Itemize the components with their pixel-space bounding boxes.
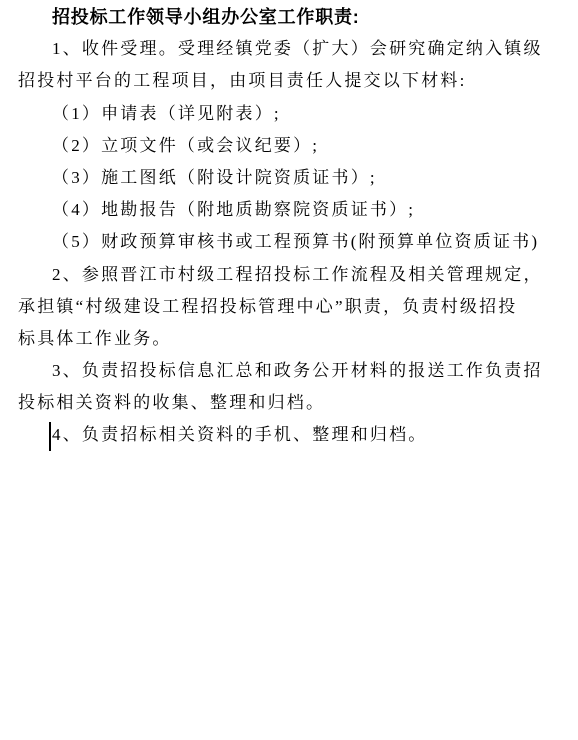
text-line[interactable]: 投标相关资料的收集、整理和归档。 (18, 387, 552, 419)
text-cursor (49, 422, 51, 451)
line-text: （3）施工图纸（附设计院资质证书）; (52, 168, 377, 187)
text-line[interactable]: 招投村平台的工程项目，由项目责任人提交以下材料: (18, 65, 552, 97)
line-text: （5）财政预算审核书或工程预算书(附预算单位资质证书) (52, 232, 539, 251)
line-text: 招投村平台的工程项目，由项目责任人提交以下材料: (18, 71, 467, 90)
text-line[interactable]: 标具体工作业务。 (18, 323, 552, 355)
line-text: 3、负责招投标信息汇总和政务公开材料的报送工作负责招 (52, 361, 543, 380)
title-text: 招投标工作领导小组办公室工作职责: (52, 7, 360, 27)
text-line[interactable]: 承担镇“村级建设工程招投标管理中心”职责，负责村级招投 (18, 291, 552, 323)
line-text: （4）地勘报告（附地质勘察院资质证书）; (52, 200, 415, 219)
text-line[interactable]: （5）财政预算审核书或工程预算书(附预算单位资质证书) (18, 226, 552, 258)
line-text: 4、负责招标相关资料的手机、整理和归档。 (52, 425, 428, 444)
line-text: （2）立项文件（或会议纪要）; (52, 136, 319, 155)
line-text: 承担镇“村级建设工程招投标管理中心”职责，负责村级招投 (18, 297, 518, 316)
text-line[interactable]: （4）地勘报告（附地质勘察院资质证书）; (18, 194, 552, 226)
text-line[interactable]: 2、参照晋江市村级工程招投标工作流程及相关管理规定， (18, 259, 552, 291)
document-title[interactable]: 招投标工作领导小组办公室工作职责: (18, 1, 552, 33)
document-body[interactable]: 招投标工作领导小组办公室工作职责:1、收件受理。受理经镇党委（扩大）会研究确定纳… (0, 0, 578, 452)
line-text: 1、收件受理。受理经镇党委（扩大）会研究确定纳入镇级 (52, 39, 543, 58)
text-line[interactable]: 1、收件受理。受理经镇党委（扩大）会研究确定纳入镇级 (18, 33, 552, 65)
text-line[interactable]: 4、负责招标相关资料的手机、整理和归档。 (18, 419, 552, 451)
line-text: 投标相关资料的收集、整理和归档。 (18, 393, 325, 412)
text-line[interactable]: （2）立项文件（或会议纪要）; (18, 130, 552, 162)
text-line[interactable]: （3）施工图纸（附设计院资质证书）; (18, 162, 552, 194)
text-line[interactable]: 3、负责招投标信息汇总和政务公开材料的报送工作负责招 (18, 355, 552, 387)
document-page: 招投标工作领导小组办公室工作职责:1、收件受理。受理经镇党委（扩大）会研究确定纳… (0, 0, 578, 740)
line-text: 2、参照晋江市村级工程招投标工作流程及相关管理规定， (52, 265, 543, 284)
line-text: 标具体工作业务。 (18, 329, 172, 348)
line-text: （1）申请表（详见附表）; (52, 104, 281, 123)
text-line[interactable]: （1）申请表（详见附表）; (18, 98, 552, 130)
